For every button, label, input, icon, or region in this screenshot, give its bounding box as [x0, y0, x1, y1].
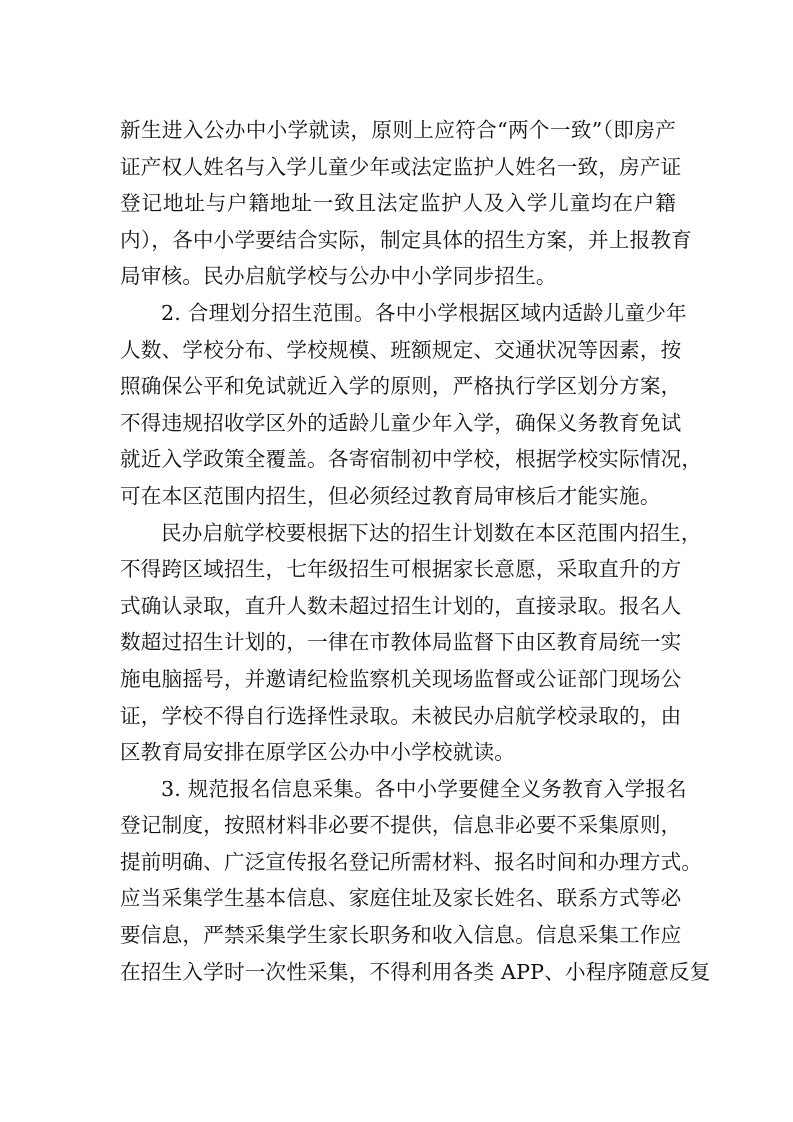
- text-line: 证产权人姓名与入学儿童少年或法定监护人姓名一致，房产证: [120, 149, 676, 186]
- document-page: 新生进入公办中小学就读，原则上应符合“两个一致”（即房产 证产权人姓名与入学儿童…: [0, 0, 793, 1122]
- text-line: 在招生入学时一次性采集，不得利用各类 APP、小程序随意反复: [120, 954, 676, 991]
- text-line: 式确认录取，直升人数未超过招生计划的，直接录取。报名人: [120, 588, 676, 625]
- text-line: 新生进入公办中小学就读，原则上应符合“两个一致”（即房产: [120, 112, 676, 149]
- paragraph-enrollment-scope: 2. 合理划分招生范围。各中小学根据区域内适龄儿童少年 人数、学校分布、学校规模…: [120, 295, 676, 515]
- text-line: 证，学校不得自行选择性录取。未被民办启航学校录取的，由: [120, 698, 676, 735]
- text-line: 内），各中小学要结合实际，制定具体的招生方案，并上报教育: [120, 222, 676, 259]
- paragraph-private-school-enrollment: 民办启航学校要根据下达的招生计划数在本区范围内招生， 不得跨区域招生，七年级招生…: [120, 515, 676, 771]
- section-heading-line: 3. 规范报名信息采集。各中小学要健全义务教育入学报名: [120, 771, 676, 808]
- document-body: 新生进入公办中小学就读，原则上应符合“两个一致”（即房产 证产权人姓名与入学儿童…: [120, 112, 676, 990]
- paragraph-enrollment-consistency: 新生进入公办中小学就读，原则上应符合“两个一致”（即房产 证产权人姓名与入学儿童…: [120, 112, 676, 295]
- text-line: 登记制度，按照材料非必要不提供，信息非必要不采集原则，: [120, 807, 676, 844]
- paragraph-registration-info: 3. 规范报名信息采集。各中小学要健全义务教育入学报名 登记制度，按照材料非必要…: [120, 771, 676, 991]
- text-line: 就近入学政策全覆盖。各寄宿制初中学校，根据学校实际情况，: [120, 441, 676, 478]
- text-line: 不得违规招收学区外的适龄儿童少年入学，确保义务教育免试: [120, 405, 676, 442]
- text-line: 局审核。民办启航学校与公办中小学同步招生。: [120, 258, 676, 295]
- text-line: 人数、学校分布、学校规模、班额规定、交通状况等因素，按: [120, 332, 676, 369]
- text-line: 要信息，严禁采集学生家长职务和收入信息。信息采集工作应: [120, 917, 676, 954]
- text-line: 登记地址与户籍地址一致且法定监护人及入学儿童均在户籍: [120, 185, 676, 222]
- text-line: 照确保公平和免试就近入学的原则，严格执行学区划分方案，: [120, 368, 676, 405]
- text-line: 提前明确、广泛宣传报名登记所需材料、报名时间和办理方式。: [120, 844, 676, 881]
- text-line: 可在本区范围内招生，但必须经过教育局审核后才能实施。: [120, 478, 676, 515]
- section-heading-line: 2. 合理划分招生范围。各中小学根据区域内适龄儿童少年: [120, 295, 676, 332]
- text-line: 区教育局安排在原学区公办中小学校就读。: [120, 734, 676, 771]
- text-line: 民办启航学校要根据下达的招生计划数在本区范围内招生，: [120, 515, 676, 552]
- text-line: 数超过招生计划的，一律在市教体局监督下由区教育局统一实: [120, 624, 676, 661]
- text-line: 施电脑摇号，并邀请纪检监察机关现场监督或公证部门现场公: [120, 661, 676, 698]
- text-line: 应当采集学生基本信息、家庭住址及家长姓名、联系方式等必: [120, 880, 676, 917]
- text-line: 不得跨区域招生，七年级招生可根据家长意愿，采取直升的方: [120, 551, 676, 588]
